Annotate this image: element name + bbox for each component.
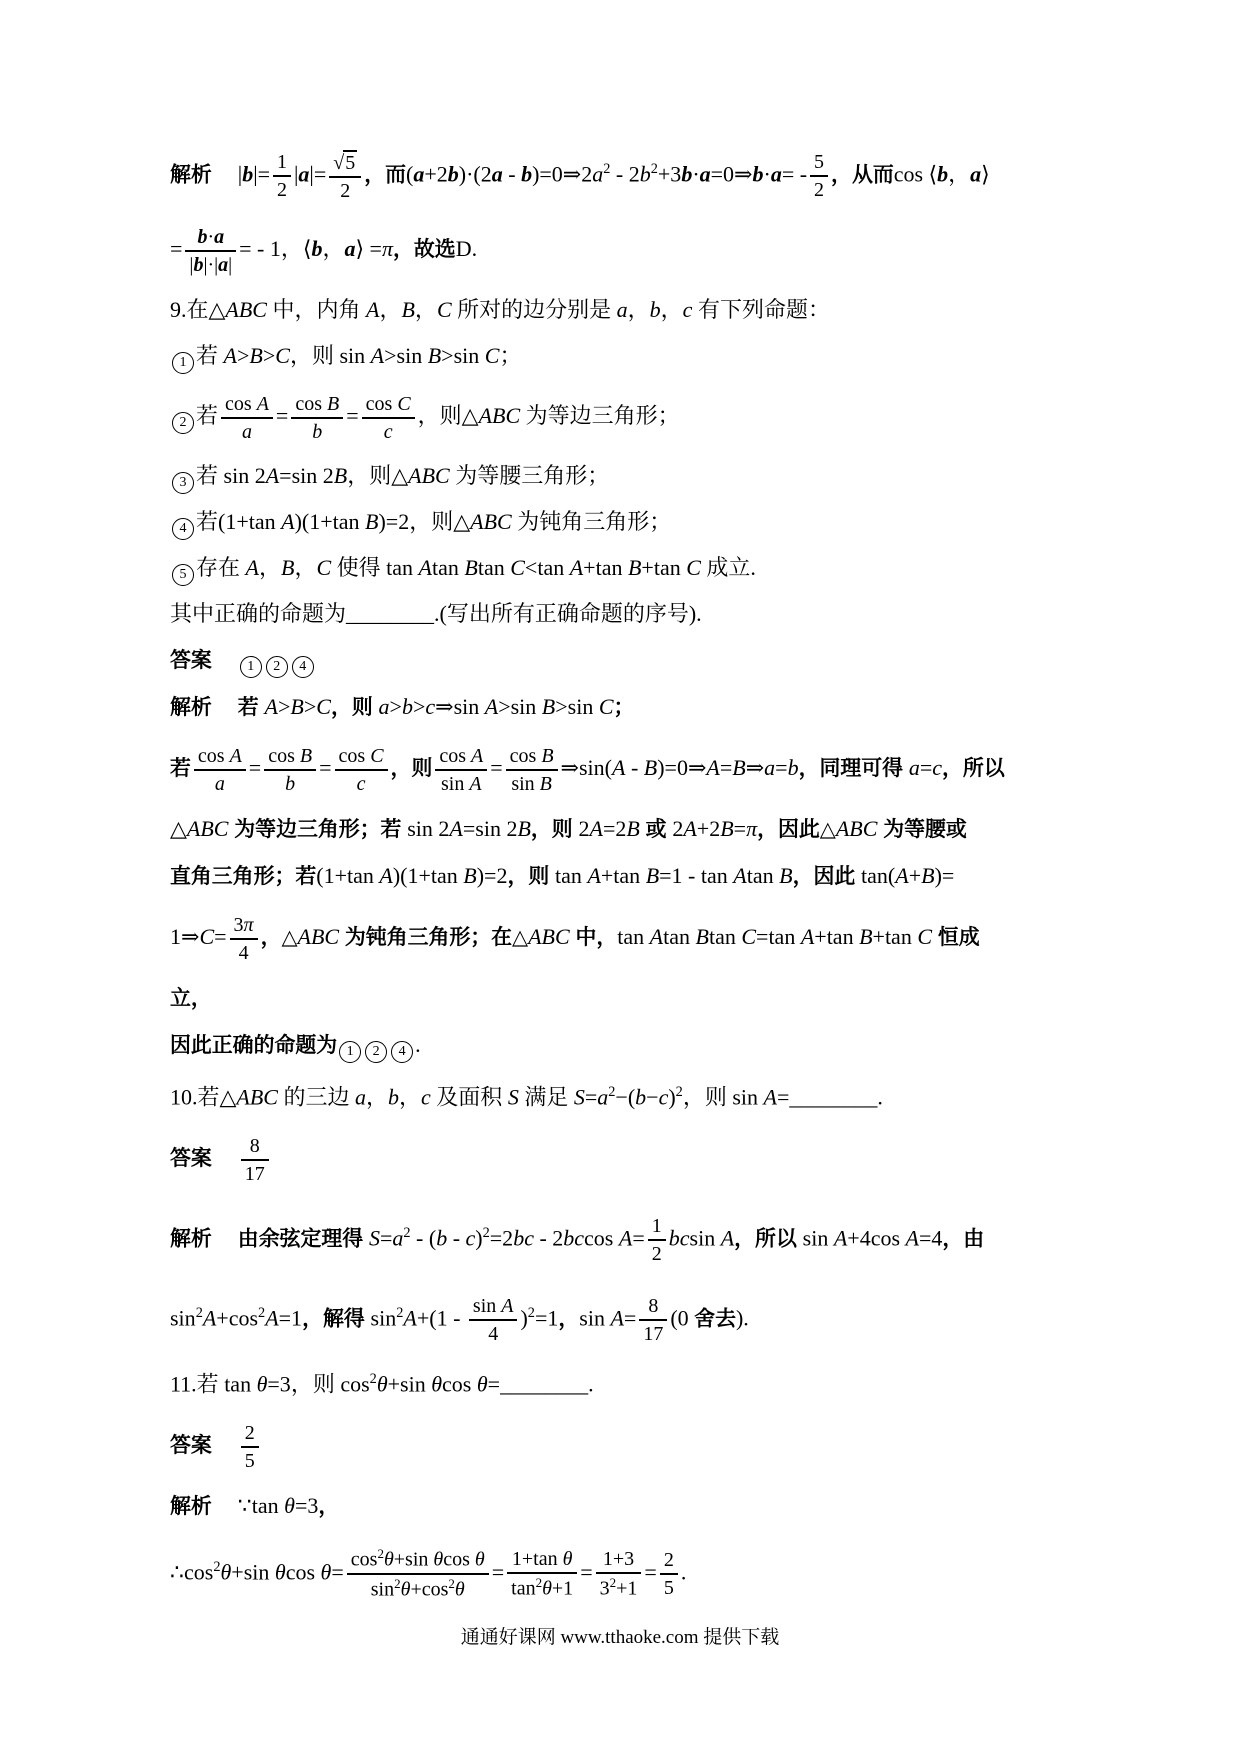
text-run: B xyxy=(281,555,294,580)
page-footer: 通通好课网 www.tthaoke.com 提供下载 xyxy=(0,1622,1240,1649)
text-run: | xyxy=(228,254,232,276)
text-run: b xyxy=(640,161,651,186)
fraction-denominator: tan2θ+1 xyxy=(507,1572,577,1601)
text-run: 8 xyxy=(648,1295,658,1317)
footer-text: 通通好课网 www.tthaoke.com 提供下载 xyxy=(461,1627,780,1648)
q9-solution-line-7: 因此正确的命题为124. xyxy=(170,1022,1100,1069)
fraction: cos Bsin B xyxy=(506,744,558,796)
document-content: 解析|b|=12|a|=√52，而(a+2b)·(2a - b)=0⇒2a2 -… xyxy=(0,0,1240,1609)
text-run: - xyxy=(503,161,521,186)
q9-solution-line-2: 若cos Aa=cos Bb=cos Cc，则cos Asin A=cos Bs… xyxy=(170,731,1100,806)
text-run: 2 xyxy=(672,816,683,841)
text-run: D. xyxy=(456,236,477,261)
text-run: ，则 xyxy=(290,343,340,368)
text-run: B xyxy=(327,393,339,415)
text-run: 答案 xyxy=(170,1434,212,1457)
text-run: +sin xyxy=(231,1559,275,1584)
text-run: ，则 xyxy=(531,818,579,841)
text-run: C xyxy=(370,745,383,767)
text-run: A xyxy=(570,555,583,580)
text-run: A xyxy=(650,924,663,949)
circled-number: 2 xyxy=(365,1041,387,1063)
text-run: B xyxy=(540,773,552,795)
text-run: sin xyxy=(371,1305,397,1330)
text-run: B xyxy=(428,343,441,368)
text-run: 5 xyxy=(814,151,824,173)
text-run: = xyxy=(585,1085,597,1110)
text-run: a xyxy=(592,161,603,186)
text-run: B xyxy=(720,816,733,841)
fraction: 1+tan θtan2θ+1 xyxy=(507,1547,577,1601)
text-run: c xyxy=(659,1085,669,1110)
q10-solution-line-1: 解析由余弦定理得 S=a2 - (b - c)2=2bc - 2bccos A=… xyxy=(170,1196,1100,1276)
text-run: B xyxy=(401,297,414,322)
text-run: 3 xyxy=(234,914,244,936)
text-run: =tan xyxy=(756,924,801,949)
text-run: = xyxy=(319,755,331,780)
text-run: 其中正确的命题为 xyxy=(170,601,346,626)
text-run: =3 xyxy=(267,1372,290,1397)
text-run: )(1+tan xyxy=(393,863,463,888)
text-run: =1 - tan xyxy=(659,863,733,888)
text-run: )= xyxy=(935,863,955,888)
text-run: = xyxy=(644,1559,656,1584)
text-run: θ xyxy=(275,1559,286,1584)
text-run: A xyxy=(834,1225,847,1250)
fraction-numerator: 2 xyxy=(241,1421,259,1446)
circled-number: 1 xyxy=(240,656,262,678)
fraction-denominator: 4 xyxy=(230,938,258,965)
text-run: C xyxy=(485,343,500,368)
text-run: - xyxy=(447,1225,465,1250)
text-run: tan xyxy=(617,924,649,949)
text-run: 直角三角形；若 xyxy=(170,865,316,888)
text-run: A xyxy=(895,863,908,888)
fraction-denominator: 4 xyxy=(469,1319,518,1346)
circled-number: 4 xyxy=(172,518,194,540)
circled-number: 4 xyxy=(292,656,314,678)
circled-number: 5 xyxy=(172,564,194,586)
text-run: ABC xyxy=(225,297,267,322)
circled-number: 3 xyxy=(172,472,194,494)
q9-item-4: 4若(1+tan A)(1+tan B)=2，则△ABC 为钝角三角形； xyxy=(170,499,1100,545)
text-run: |= xyxy=(309,161,326,186)
text-run: 中，内角 xyxy=(267,297,366,322)
text-run: |·| xyxy=(203,254,218,276)
text-run: cos xyxy=(510,745,542,767)
text-run: A xyxy=(419,555,432,580)
q11-stem: 11.若 tan θ=3，则 cos2θ+sin θcos θ=________… xyxy=(170,1356,1100,1407)
text-run: +4cos xyxy=(847,1225,905,1250)
text-run: C xyxy=(599,694,614,719)
text-run: B xyxy=(626,816,639,841)
text-run: B xyxy=(249,343,262,368)
text-run: = xyxy=(346,403,358,428)
text-run: θ xyxy=(220,1559,231,1584)
text-run: - ( xyxy=(411,1225,437,1250)
fraction-numerator: 1 xyxy=(273,150,291,175)
fraction-denominator: 2 xyxy=(810,175,828,202)
text-run: ，则 xyxy=(391,757,433,780)
fraction-numerator: 3π xyxy=(230,913,258,938)
text-run: A xyxy=(706,755,719,780)
text-run: ，△ xyxy=(261,926,298,949)
text-run: =sin 2 xyxy=(279,463,334,488)
text-run: 11.若 xyxy=(170,1372,224,1397)
sqrt: √5 xyxy=(333,150,357,175)
text-run: b xyxy=(285,773,295,795)
text-run: ，则△ xyxy=(347,463,408,488)
text-run: tan xyxy=(709,924,741,949)
text-run: a xyxy=(379,694,390,719)
text-run: ，从而 xyxy=(831,163,894,186)
text-run: 舍去 xyxy=(694,1307,736,1330)
text-run: 1+tan xyxy=(512,1548,563,1570)
text-run: A xyxy=(501,1295,513,1317)
fraction: 3π4 xyxy=(230,913,258,965)
text-run: 因此正确的命题为 xyxy=(170,1034,337,1057)
text-run: +3 xyxy=(658,161,681,186)
text-run: 立， xyxy=(170,987,212,1010)
fraction-numerator: √5 xyxy=(329,150,361,176)
radicand: 5 xyxy=(343,150,357,174)
text-run: 及面积 xyxy=(431,1085,508,1110)
text-run: 4 xyxy=(488,1323,498,1345)
q9-prompt: 其中正确的命题为________.(写出所有正确命题的序号). xyxy=(170,591,1100,637)
fraction-numerator: 5 xyxy=(810,150,828,175)
circled-number: 1 xyxy=(172,352,194,374)
text-run: 为等边三角形；若 xyxy=(228,818,407,841)
text-run: > xyxy=(304,694,316,719)
text-run: ， xyxy=(294,555,316,580)
text-run: cos xyxy=(295,393,327,415)
text-run: · xyxy=(763,161,770,186)
fraction-numerator: cos B xyxy=(264,744,316,769)
text-run: + xyxy=(909,863,921,888)
superscript: 2 xyxy=(676,1084,683,1100)
text-run: A xyxy=(230,745,242,767)
text-run: b xyxy=(448,161,459,186)
text-run: sin xyxy=(441,773,469,795)
fraction-numerator: cos C xyxy=(362,392,415,417)
text-run: 若 xyxy=(238,696,265,719)
text-run: θ xyxy=(384,1549,394,1571)
text-run: tan( xyxy=(861,863,895,888)
text-run: S xyxy=(369,1225,380,1250)
text-run: = xyxy=(734,816,746,841)
text-run: ABC xyxy=(408,463,450,488)
solution-8-line-1: 解析|b|=12|a|=√52，而(a+2b)·(2a - b)=0⇒2a2 -… xyxy=(170,132,1100,212)
solution-8-line-2: =b·a|b|·|a|= - 1，⟨b，a⟩ =π，故选D. xyxy=(170,212,1100,287)
text-run: A xyxy=(403,1305,416,1330)
text-run: sin xyxy=(803,1225,834,1250)
fraction: cos Cc xyxy=(362,392,415,444)
text-run: θ xyxy=(377,1372,388,1397)
text-run: ，故选 xyxy=(393,238,456,261)
text-run: = xyxy=(249,755,261,780)
text-run: =3 xyxy=(295,1493,318,1518)
text-run: cos xyxy=(439,745,471,767)
text-run: ， xyxy=(259,555,281,580)
text-run: ⟩ = xyxy=(355,236,382,261)
text-run: 若 xyxy=(196,463,224,488)
text-run: 为等腰三角形； xyxy=(450,463,610,488)
text-run: = xyxy=(331,1559,343,1584)
text-run: c xyxy=(425,694,435,719)
text-run: 2 xyxy=(245,1422,255,1444)
fraction-numerator: b·a xyxy=(185,225,236,250)
text-run: +1 xyxy=(552,1578,573,1600)
text-run: cos xyxy=(584,1225,619,1250)
text-run: 1⇒ xyxy=(170,924,199,949)
q9-solution-line-4: 直角三角形；若(1+tan A)(1+tan B)=2，则 tan A+tan … xyxy=(170,853,1100,900)
text-run: +tan xyxy=(583,555,628,580)
text-run: ⇒ xyxy=(746,755,764,780)
text-run: +2 xyxy=(424,161,447,186)
text-run: C xyxy=(275,343,290,368)
text-run: )=2 xyxy=(477,863,508,888)
text-run: C xyxy=(437,297,452,322)
text-run: 17 xyxy=(643,1323,663,1345)
text-run: sin xyxy=(511,773,539,795)
text-run: 有下列命题： xyxy=(692,297,830,322)
text-run: cos xyxy=(286,1559,321,1584)
text-run: >sin xyxy=(441,343,485,368)
fraction: sin A4 xyxy=(469,1294,518,1346)
text-run: ⇒sin xyxy=(435,694,485,719)
text-run: cos xyxy=(198,745,230,767)
text-run: ，因此 xyxy=(793,865,861,888)
text-run: |= xyxy=(253,161,270,186)
text-run: ABC xyxy=(479,403,521,428)
text-run: 为等腰或 xyxy=(877,818,966,841)
text-run: b xyxy=(312,421,322,443)
text-run: B xyxy=(859,924,872,949)
text-run: B xyxy=(334,463,347,488)
text-run: =sin 2 xyxy=(463,816,518,841)
text-run: a xyxy=(218,254,228,276)
text-run: a xyxy=(215,773,225,795)
fraction: 52 xyxy=(810,150,828,202)
text-run: 3 xyxy=(600,1578,610,1600)
q11-solution-line-1: 解析∵tan θ=3， xyxy=(170,1483,1100,1530)
text-run: ABC xyxy=(236,1085,278,1110)
text-run: 1+3 xyxy=(603,1548,634,1570)
text-run: 解析 xyxy=(170,1495,212,1518)
text-run: θ xyxy=(284,1493,295,1518)
text-run: 由余弦定理得 xyxy=(238,1227,369,1250)
text-run: tan xyxy=(511,1578,535,1600)
circled-number: 1 xyxy=(339,1041,361,1063)
text-run: = - xyxy=(782,161,807,186)
text-run: b xyxy=(521,161,532,186)
text-run: 成立. xyxy=(701,555,756,580)
text-run: A xyxy=(587,863,600,888)
fraction-numerator: cos B xyxy=(291,392,343,417)
text-run: a xyxy=(492,161,503,186)
text-run: c xyxy=(357,773,366,795)
fraction-denominator: c xyxy=(362,417,415,444)
text-run: +2 xyxy=(697,816,720,841)
text-run: a xyxy=(214,226,224,248)
text-run: B xyxy=(644,755,657,780)
fraction: cos Asin A xyxy=(435,744,487,796)
text-run: A xyxy=(619,1225,632,1250)
fraction-denominator: a xyxy=(221,417,273,444)
text-run: ABC xyxy=(470,509,512,534)
text-run: =1 xyxy=(535,1305,558,1330)
text-run: ，则△ xyxy=(409,509,470,534)
text-run: a xyxy=(909,755,920,780)
text-run: )=0⇒ xyxy=(657,755,706,780)
text-run: b xyxy=(436,1225,447,1250)
text-run: = xyxy=(624,1305,636,1330)
fraction-denominator: a xyxy=(194,769,246,796)
text-run: bc xyxy=(669,1225,690,1250)
fraction: cos Bb xyxy=(264,744,316,796)
text-run: b xyxy=(311,236,322,261)
text-run: A xyxy=(590,816,603,841)
text-run: a xyxy=(771,161,782,186)
fraction-denominator: sin2θ+cos2θ xyxy=(347,1573,489,1602)
text-run: C xyxy=(316,694,331,719)
text-run: B xyxy=(696,924,709,949)
text-run: = xyxy=(276,403,288,428)
text-run: A xyxy=(612,755,625,780)
text-run: π xyxy=(746,816,757,841)
text-run: c xyxy=(384,421,393,443)
text-run: △ xyxy=(170,816,187,841)
text-run: A xyxy=(203,1305,216,1330)
fraction-numerator: cos B xyxy=(506,744,558,769)
fraction-numerator: cos A xyxy=(221,392,273,417)
text-run: cos xyxy=(225,393,257,415)
text-run: ， xyxy=(366,1085,388,1110)
text-run: cos xyxy=(340,1372,369,1397)
superscript: 2 xyxy=(196,1305,203,1321)
text-run: ，解得 xyxy=(302,1307,370,1330)
text-run: ，所以 xyxy=(942,757,1005,780)
text-run: c xyxy=(683,297,693,322)
q11-answer: 答案25 xyxy=(170,1408,1100,1483)
text-run: c xyxy=(466,1225,476,1250)
text-run: C xyxy=(199,924,214,949)
q10-solution-line-2: sin2A+cos2A=1，解得 sin2A+(1 - sin A4)2=1，s… xyxy=(170,1276,1100,1356)
text-run: sin 2 xyxy=(407,816,449,841)
text-run: sin xyxy=(579,1305,610,1330)
text-run: 2 xyxy=(664,1549,674,1571)
text-run: ) xyxy=(520,1305,527,1330)
text-run: A xyxy=(801,924,814,949)
text-run: 使得 xyxy=(331,555,386,580)
text-run: B xyxy=(921,863,934,888)
text-run: ， xyxy=(399,1085,421,1110)
fraction-denominator: 5 xyxy=(241,1446,259,1473)
text-run: =________. xyxy=(777,1085,883,1110)
text-run: ，则 xyxy=(331,696,379,719)
text-run: −( xyxy=(615,1085,635,1110)
q9-item-2: 2若cos Aa=cos Bb=cos Cc，则△ABC 为等边三角形； xyxy=(170,379,1100,453)
circled-number: 2 xyxy=(172,412,194,434)
fraction: √52 xyxy=(329,150,361,203)
text-run: 答案 xyxy=(170,1147,212,1170)
text-run: tan xyxy=(478,555,510,580)
text-run: (0 xyxy=(670,1305,694,1330)
text-run: = xyxy=(380,1225,392,1250)
text-run: 2 xyxy=(814,179,824,201)
text-run: - 2 xyxy=(534,1225,563,1250)
text-run: 若 xyxy=(170,757,191,780)
text-run: A xyxy=(733,863,746,888)
text-run: c xyxy=(421,1085,431,1110)
text-run: A xyxy=(265,694,278,719)
text-run: >sin xyxy=(384,343,428,368)
fraction-denominator: 32+1 xyxy=(596,1572,642,1601)
text-run: +(1 - xyxy=(417,1305,466,1330)
text-run: b xyxy=(635,1085,646,1110)
fraction-numerator: 1+tan θ xyxy=(507,1547,577,1572)
fraction-denominator: b xyxy=(291,417,343,444)
fraction-denominator: |b|·|a| xyxy=(185,250,236,277)
q10-answer: 答案817 xyxy=(170,1121,1100,1196)
text-run: )·(2 xyxy=(459,161,492,186)
text-run: =0⇒ xyxy=(711,161,753,186)
text-run: c xyxy=(932,755,942,780)
text-run: 答案 xyxy=(170,649,212,672)
text-run: 为等边三角形； xyxy=(520,403,680,428)
text-run: 满足 xyxy=(519,1085,574,1110)
text-run: ) xyxy=(475,1225,482,1250)
text-run: >sin xyxy=(555,694,599,719)
text-run: ABC xyxy=(836,816,878,841)
text-run: 8 xyxy=(250,1135,260,1157)
text-run: . xyxy=(681,1559,687,1584)
text-run: a xyxy=(392,1225,403,1250)
text-run: sin xyxy=(732,1085,763,1110)
q9-item-3: 3若 sin 2A=sin 2B，则△ABC 为等腰三角形； xyxy=(170,453,1100,499)
text-run: 恒成 xyxy=(932,926,980,949)
text-run: a xyxy=(344,236,355,261)
text-run: A xyxy=(379,863,392,888)
text-run: )=0⇒2 xyxy=(532,161,592,186)
text-run: B xyxy=(542,694,555,719)
fraction-denominator: 2 xyxy=(329,176,361,203)
fraction-denominator: b xyxy=(264,769,316,796)
superscript: 2 xyxy=(651,161,658,177)
text-run: 所对的边分别是 xyxy=(452,297,617,322)
text-run: C xyxy=(510,555,525,580)
q9-solution-line-3: △ABC 为等边三角形；若 sin 2A=sin 2B，则 2A=2B 或 2A… xyxy=(170,806,1100,853)
text-run: θ xyxy=(477,1372,488,1397)
text-run: B xyxy=(463,863,476,888)
text-run: cos xyxy=(351,1549,378,1571)
fraction-denominator: 17 xyxy=(241,1159,269,1186)
text-run: tan xyxy=(432,555,464,580)
text-run: 解析 xyxy=(170,1227,212,1250)
text-run: A xyxy=(224,343,237,368)
text-run: 若 xyxy=(196,509,218,534)
text-run: = - 1，⟨ xyxy=(239,236,311,261)
text-run: ， xyxy=(322,236,344,261)
fraction-denominator: sin A xyxy=(435,769,487,796)
text-run: b xyxy=(650,297,661,322)
fraction-denominator: 5 xyxy=(660,1573,678,1600)
text-run: A xyxy=(485,694,498,719)
q9-answer: 答案124 xyxy=(170,637,1100,684)
text-run: b xyxy=(937,161,948,186)
text-run: tan xyxy=(224,1372,256,1397)
text-run: > xyxy=(237,343,249,368)
